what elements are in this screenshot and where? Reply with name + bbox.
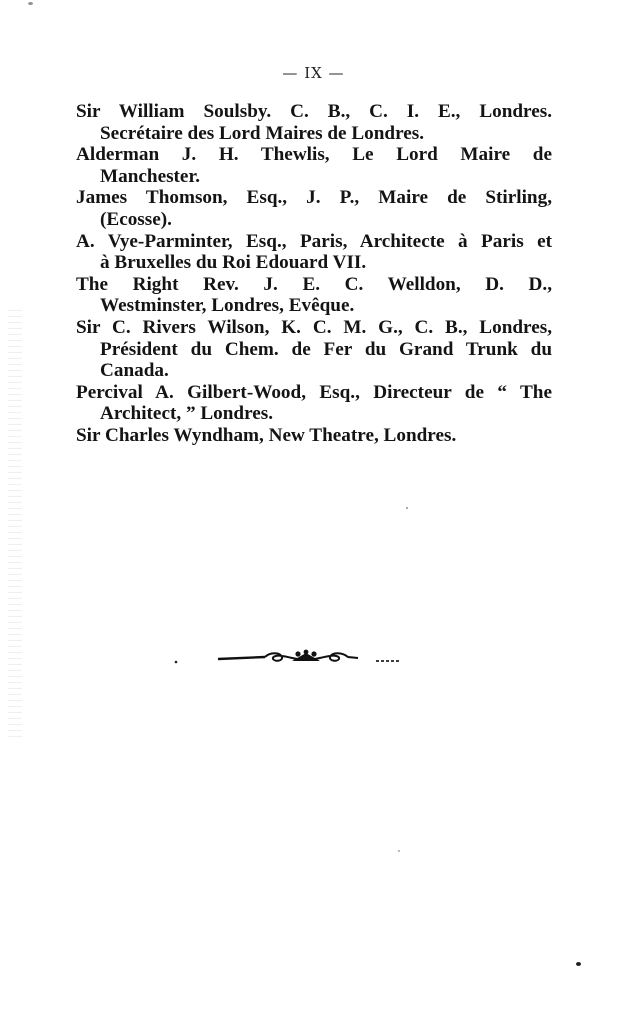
- list-entry: A. Vye-Parminter, Esq., Paris, Architect…: [76, 231, 552, 274]
- entry-line: A. Vye-Parminter, Esq., Paris, Architect…: [76, 231, 552, 253]
- scan-speck: [28, 2, 33, 5]
- list-entry: Alderman J. H. Thewlis, Le Lord Maire de…: [76, 144, 552, 187]
- entry-line: Secrétaire des Lord Maires de Londres.: [76, 123, 552, 145]
- entry-line: Président du Chem. de Fer du Grand Trunk…: [76, 339, 552, 361]
- scan-speck: [406, 507, 408, 509]
- name-list: Sir William Soulsby. C. B., C. I. E., Lo…: [76, 101, 552, 447]
- entry-line: Canada.: [76, 360, 552, 382]
- list-entry: The Right Rev. J. E. C. Welldon, D. D., …: [76, 274, 552, 317]
- entry-line: The Right Rev. J. E. C. Welldon, D. D.,: [76, 274, 552, 296]
- scan-margin-noise: [8, 310, 22, 740]
- entry-line: Westminster, Londres, Evêque.: [76, 295, 552, 317]
- entry-line: Manchester.: [76, 166, 552, 188]
- entry-line: (Ecosse).: [76, 209, 552, 231]
- entry-line: Percival A. Gilbert-Wood, Esq., Directeu…: [76, 382, 552, 404]
- entry-line: à Bruxelles du Roi Edouard VII.: [76, 252, 552, 274]
- entry-line: Alderman J. H. Thewlis, Le Lord Maire de: [76, 144, 552, 166]
- list-entry: Percival A. Gilbert-Wood, Esq., Directeu…: [76, 382, 552, 425]
- entry-line: Architect, ” Londres.: [76, 403, 552, 425]
- page-number: — IX —: [0, 64, 627, 82]
- list-entry: Sir William Soulsby. C. B., C. I. E., Lo…: [76, 101, 552, 144]
- entry-line: James Thomson, Esq., J. P., Maire de Sti…: [76, 187, 552, 209]
- entry-line: Sir C. Rivers Wilson, K. C. M. G., C. B.…: [76, 317, 552, 339]
- list-entry: Sir C. Rivers Wilson, K. C. M. G., C. B.…: [76, 317, 552, 382]
- scan-speck: [576, 962, 581, 966]
- ornament-divider-icon: [170, 648, 410, 668]
- scan-speck: [398, 850, 400, 852]
- list-entry: Sir Charles Wyndham, New Theatre, Londre…: [76, 425, 552, 447]
- list-entry: James Thomson, Esq., J. P., Maire de Sti…: [76, 187, 552, 230]
- entry-line: Sir Charles Wyndham, New Theatre, Londre…: [76, 425, 552, 447]
- entry-line: Sir William Soulsby. C. B., C. I. E., Lo…: [76, 101, 552, 123]
